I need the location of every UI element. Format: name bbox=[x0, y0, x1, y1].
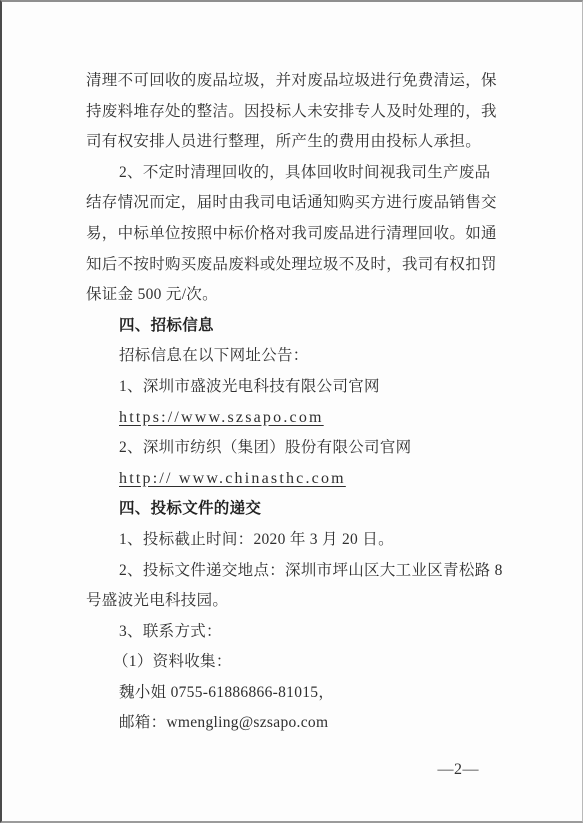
body-line: 易，中标单位按照中标价格对我司废品进行清理回收。如通 bbox=[86, 219, 508, 250]
scanned-document-page: 清理不可回收的废品垃圾，并对废品垃圾进行免费清运，保 持废料堆存处的整洁。因投标… bbox=[0, 0, 583, 823]
body-line: 知后不按时购买废品废料或处理垃圾不及时，我司有权扣罚 bbox=[86, 250, 508, 281]
body-line: 2、不定时清理回收的，具体回收时间视我司生产废品 bbox=[86, 158, 508, 189]
url-chinasthc: http:// www.chinasthc.com bbox=[86, 464, 508, 495]
page-number: —2— bbox=[438, 760, 480, 780]
body-line: 司有权安排人员进行整理，所产生的费用由投标人承担。 bbox=[86, 127, 508, 158]
body-line: （1）资料收集： bbox=[86, 647, 508, 678]
body-line: 保证金 500 元/次。 bbox=[86, 280, 508, 311]
body-line: 持废料堆存处的整洁。因投标人未安排专人及时处理的，我 bbox=[86, 97, 508, 128]
body-line: 1、深圳市盛波光电科技有限公司官网 bbox=[86, 372, 508, 403]
body-line: 招标信息在以下网址公告： bbox=[86, 341, 508, 372]
heading-bid-information: 四、招标信息 bbox=[86, 311, 508, 342]
body-line-email: 邮箱：wmengling@szsapo.com bbox=[86, 708, 508, 739]
body-line: 号盛波光电科技园。 bbox=[86, 586, 508, 617]
body-line: 2、深圳市纺织（集团）股份有限公司官网 bbox=[86, 433, 508, 464]
body-line: 清理不可回收的废品垃圾，并对废品垃圾进行免费清运，保 bbox=[86, 66, 508, 97]
document-body: 清理不可回收的废品垃圾，并对废品垃圾进行免费清运，保 持废料堆存处的整洁。因投标… bbox=[86, 66, 508, 739]
body-line-deadline: 1、投标截止时间：2020 年 3 月 20 日。 bbox=[86, 525, 508, 556]
body-line-phone: 魏小姐 0755-61886866-81015， bbox=[86, 678, 508, 709]
body-line: 结存情况而定，届时由我司电话通知购买方进行废品销售交 bbox=[86, 188, 508, 219]
heading-bid-submission: 四、投标文件的递交 bbox=[86, 494, 508, 525]
url-szsapo: https://www.szsapo.com bbox=[86, 403, 508, 434]
body-line-contact: 3、联系方式： bbox=[86, 617, 508, 648]
body-line-address: 2、投标文件递交地点：深圳市坪山区大工业区青松路 8 bbox=[86, 556, 508, 587]
